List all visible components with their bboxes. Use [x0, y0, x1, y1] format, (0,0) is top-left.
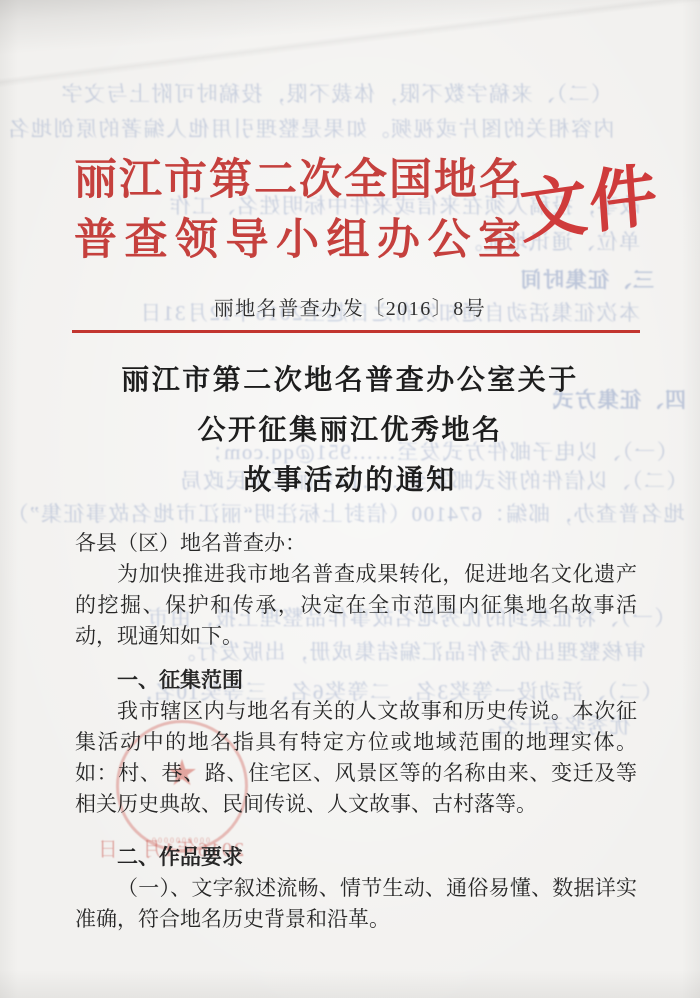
document-page: （二）、来稿字数不限，体裁不限，投稿时可附上与文字 内容相关的图片或视频。如果是… — [0, 0, 700, 998]
intro-paragraph: 为加快推进我市地名普查成果转化，促进地名文化遗产的挖掘、保护和传承，决定在全市范… — [75, 559, 637, 652]
title-line-2: 公开征集丽江优秀地名 — [0, 406, 700, 456]
document-body: 各县（区）地名普查办： 为加快推进我市地名普查成果转化，促进地名文化遗产的挖掘、… — [75, 528, 637, 935]
org-name-line2: 普查领导小组办公室 — [74, 206, 529, 267]
bleedthrough-line: 内容相关的图片或视频。如果是整理引用他人编著的原创地名 — [7, 113, 615, 143]
section-1-heading: 一、征集范围 — [75, 665, 637, 696]
doc-type-label: 文件 — [516, 140, 661, 256]
title-line-3: 故事活动的通知 — [0, 456, 700, 506]
bleedthrough-line: 三、征集时间 — [519, 264, 654, 294]
document-number: 丽地名普查办发〔2016〕8号 — [0, 292, 700, 321]
org-name-line1: 丽江市第二次全国地名 — [74, 146, 524, 207]
title-line-1: 丽江市第二次地名普查办公室关于 — [0, 356, 700, 406]
section-2-paragraph: （一）、文字叙述流畅、情节生动、通俗易懂、数据详实准确，符合地名历史背景和沿革。 — [75, 873, 637, 935]
red-divider — [72, 330, 640, 333]
salutation: 各县（区）地名普查办： — [75, 528, 637, 559]
bleedthrough-line: （二）、来稿字数不限，体裁不限，投稿时可附上与文字 — [60, 78, 612, 108]
section-1-paragraph: 我市辖区内与地名有关的人文故事和历史传说。本次征集活动中的地名指具有特定方位或地… — [75, 696, 637, 820]
document-title: 丽江市第二次地名普查办公室关于 公开征集丽江优秀地名 故事活动的通知 — [0, 356, 700, 506]
section-2-heading: 二、作品要求 — [75, 842, 637, 873]
